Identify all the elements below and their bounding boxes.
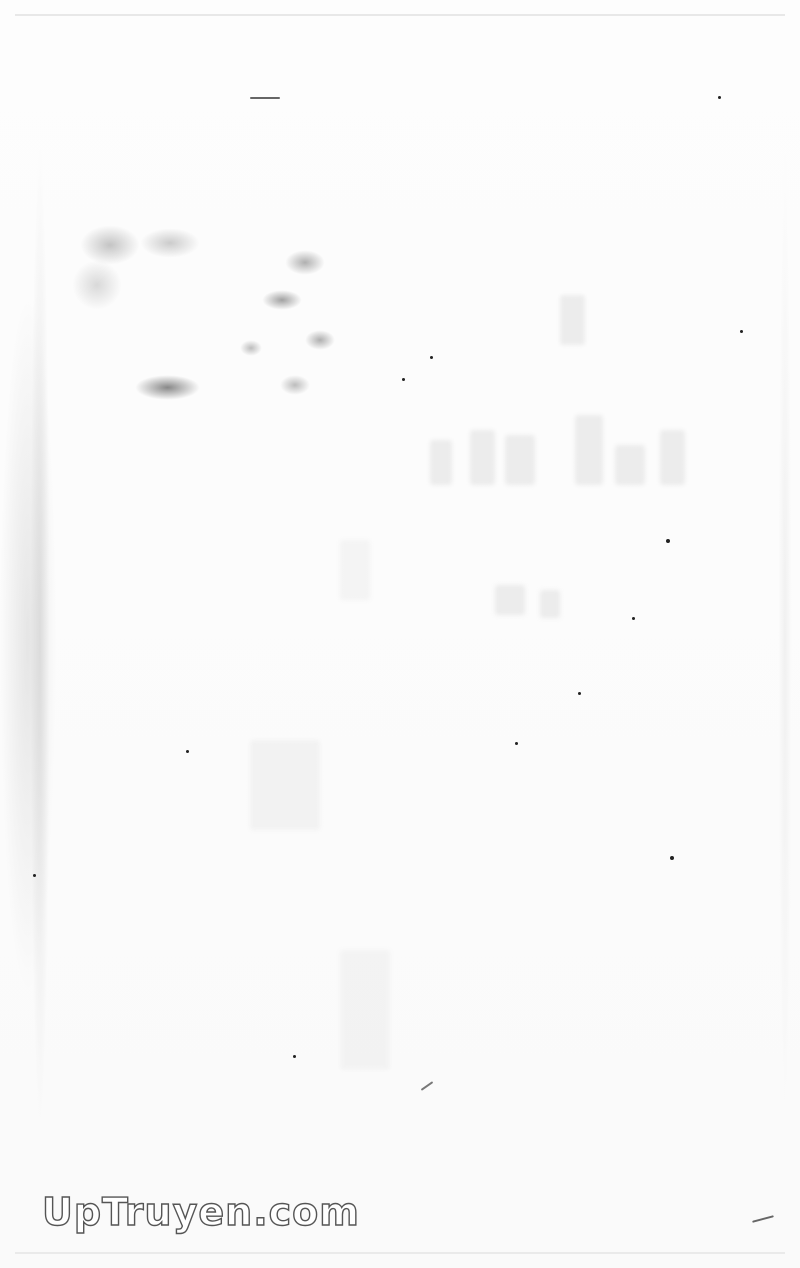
paper-speck	[250, 97, 280, 99]
paper-speck	[632, 617, 635, 620]
paper-speck	[402, 378, 405, 381]
ink-blotch	[72, 260, 122, 310]
paper-speck	[740, 330, 743, 333]
page-edge-bottom	[15, 1252, 785, 1254]
paper-speck	[718, 96, 721, 99]
bleed-through-text	[340, 950, 390, 1070]
paper-speck	[430, 356, 433, 359]
ink-blotch	[80, 225, 140, 265]
paper-speck	[293, 1055, 296, 1058]
paper-speck	[752, 1215, 774, 1223]
bleed-through-text	[470, 430, 495, 485]
paper-speck	[33, 874, 36, 877]
bleed-through-text	[250, 740, 320, 830]
scanned-page	[0, 0, 800, 1268]
bleed-through-text	[560, 295, 585, 345]
paper-speck	[666, 539, 670, 543]
bleed-through-text	[495, 585, 525, 615]
bleed-through-text	[430, 440, 452, 485]
bleed-through-text	[575, 415, 603, 485]
ink-blotch	[262, 290, 302, 310]
site-watermark: UpTruyen.com	[42, 1190, 360, 1234]
bleed-through-text	[615, 445, 645, 485]
paper-speck	[186, 750, 189, 753]
page-edge-top	[15, 14, 785, 16]
bleed-through-text	[660, 430, 685, 485]
paper-speck	[670, 856, 674, 860]
ink-blotch	[135, 375, 200, 400]
paper-speck	[578, 692, 581, 695]
ink-blotch	[305, 330, 335, 350]
paper-speck	[421, 1081, 434, 1091]
ink-blotch	[280, 375, 310, 395]
ink-blotch	[140, 228, 200, 258]
paper-speck	[515, 742, 518, 745]
bleed-through-text	[540, 590, 560, 618]
bleed-through-text	[340, 540, 370, 600]
ink-blotch	[285, 250, 325, 275]
ink-blotch	[240, 340, 262, 356]
bleed-through-text	[505, 435, 535, 485]
